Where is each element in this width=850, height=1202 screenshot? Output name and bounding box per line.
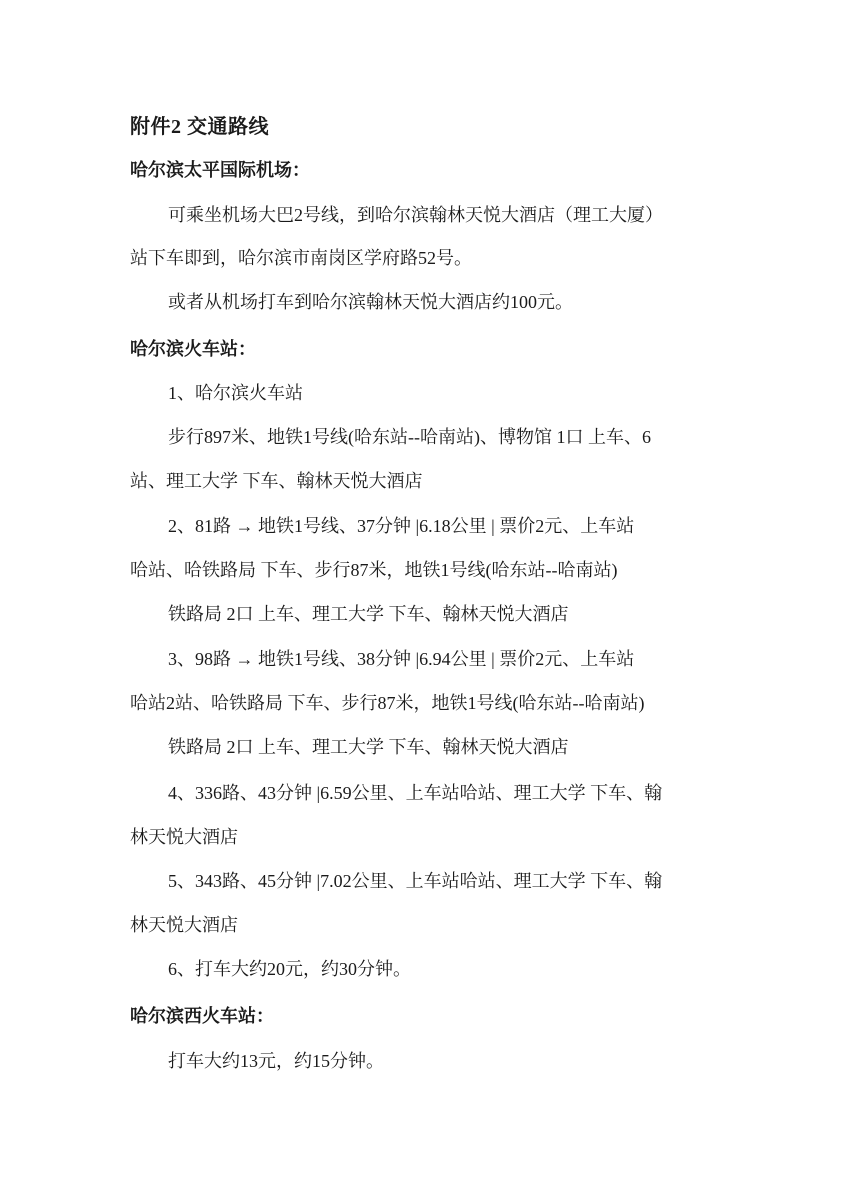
paragraph-line: 铁路局 2口 上车、理工大学 下车、翰林天悦大酒店 (168, 603, 569, 625)
paragraph-line: 站、理工大学 下车、翰林天悦大酒店 (130, 470, 423, 492)
paragraph-line: 哈站2站、哈铁路局 下车、步行87米，地铁1号线(哈东站--哈南站) (130, 692, 644, 714)
document-title: 附件2 交通路线 (130, 116, 269, 138)
paragraph-line: 铁路局 2口 上车、理工大学 下车、翰林天悦大酒店 (168, 736, 569, 758)
document-page: 附件2 交通路线 哈尔滨太平国际机场： 可乘坐机场大巴2号线，到哈尔滨翰林天悦大… (0, 0, 850, 1202)
paragraph-line: 站下车即到，哈尔滨市南岗区学府路52号。 (130, 247, 472, 269)
paragraph-line: 可乘坐机场大巴2号线，到哈尔滨翰林天悦大酒店（理工大厦） (168, 204, 663, 226)
paragraph-line: 步行897米、地铁1号线(哈东站--哈南站)、博物馆 1口 上车、6 (168, 426, 651, 448)
paragraph-line: 林天悦大酒店 (130, 826, 238, 848)
paragraph-line: 打车大约13元，约15分钟。 (168, 1050, 384, 1072)
section-heading-west-station: 哈尔滨西火车站： (130, 1005, 274, 1027)
paragraph-line: 5、343路、45分钟 |7.02公里、上车站哈站、理工大学 下车、翰 (168, 870, 662, 892)
section-heading-airport: 哈尔滨太平国际机场： (130, 159, 310, 181)
section-heading-railway-station: 哈尔滨火车站： (130, 338, 256, 360)
paragraph-line: 6、打车大约20元，约30分钟。 (168, 958, 411, 980)
paragraph-line: 1、哈尔滨火车站 (168, 382, 303, 404)
paragraph-line: 林天悦大酒店 (130, 914, 238, 936)
paragraph-line: 哈站、哈铁路局 下车、步行87米，地铁1号线(哈东站--哈南站) (130, 559, 617, 581)
paragraph-line: 3、98路 → 地铁1号线、38分钟 |6.94公里 | 票价2元、上车站 (168, 648, 634, 670)
paragraph-line: 或者从机场打车到哈尔滨翰林天悦大酒店约100元。 (168, 291, 573, 313)
paragraph-line: 2、81路 → 地铁1号线、37分钟 |6.18公里 | 票价2元、上车站 (168, 515, 634, 537)
paragraph-line: 4、336路、43分钟 |6.59公里、上车站哈站、理工大学 下车、翰 (168, 782, 662, 804)
